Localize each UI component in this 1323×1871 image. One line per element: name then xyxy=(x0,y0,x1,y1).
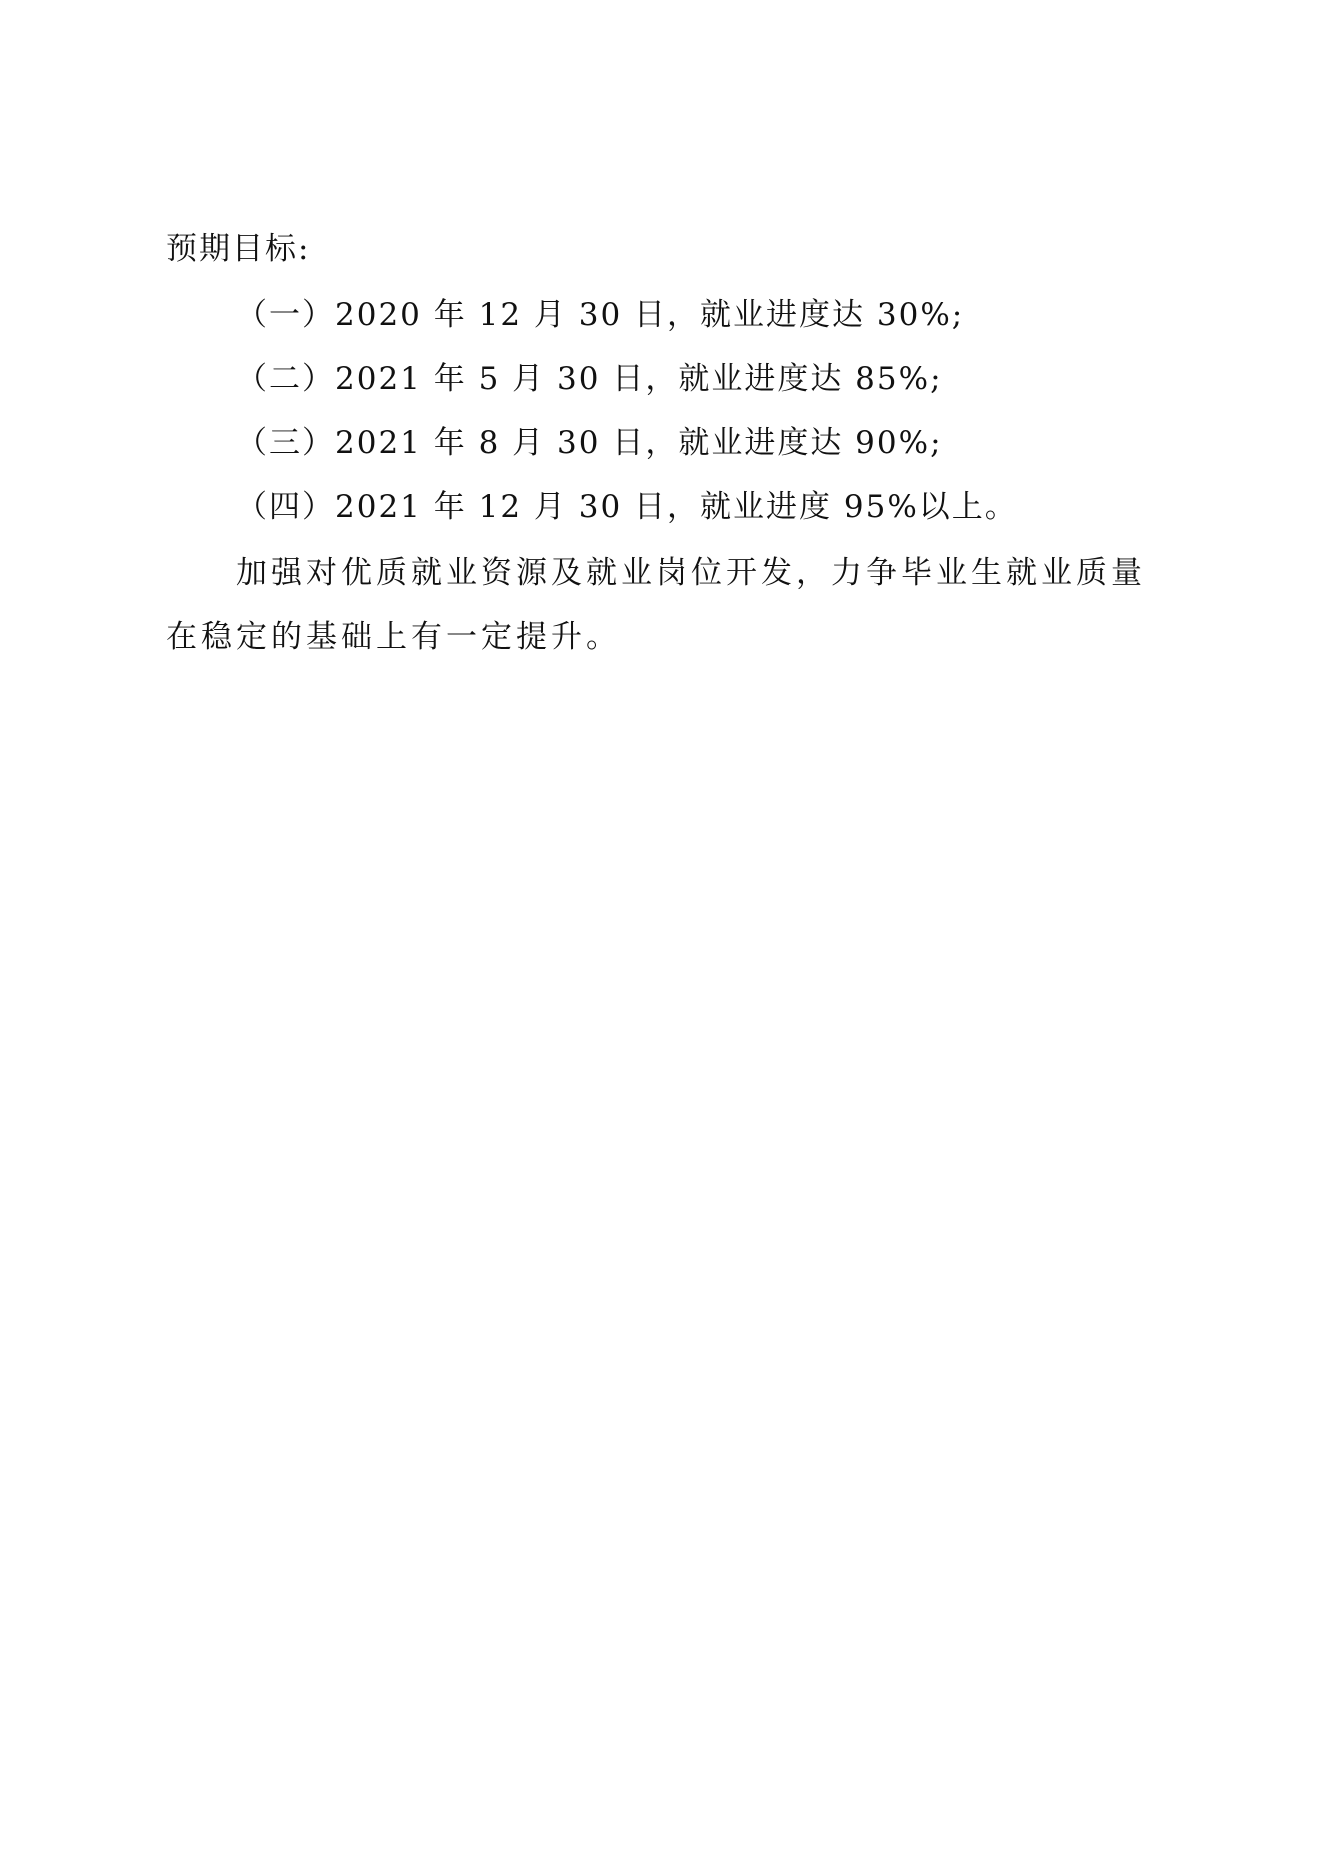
paragraph-line-2: 在稳定的基础上有一定提升。 xyxy=(166,617,621,657)
target-item-4: （四）2021 年 12 月 30 日，就业进度 95%以上。 xyxy=(236,487,1018,527)
target-item-1: （一）2020 年 12 月 30 日，就业进度达 30%; xyxy=(236,295,964,335)
section-heading: 预期目标: xyxy=(166,229,310,269)
paragraph-line-1: 加强对优质就业资源及就业岗位开发，力争毕业生就业质量 xyxy=(236,553,1146,593)
target-item-2: （二）2021 年 5 月 30 日，就业进度达 85%; xyxy=(236,359,943,399)
target-item-3: （三）2021 年 8 月 30 日，就业进度达 90%; xyxy=(236,423,943,463)
document-page: 预期目标: （一）2020 年 12 月 30 日，就业进度达 30%; （二）… xyxy=(0,0,1323,1871)
